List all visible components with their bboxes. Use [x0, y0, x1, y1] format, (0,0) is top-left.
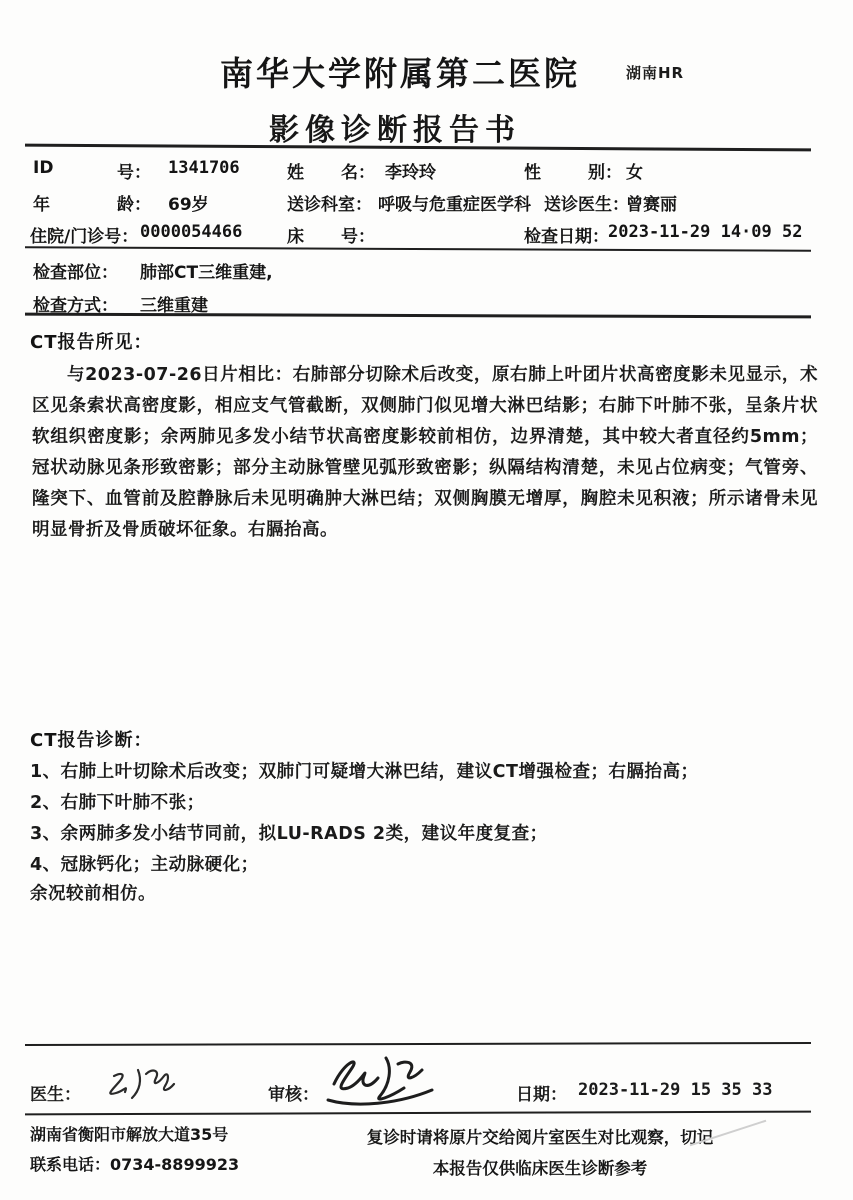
- bed-label-2: 号：: [341, 222, 375, 247]
- id-label-1: ID: [33, 158, 53, 178]
- notice-line-2: 本报告仅供临床医生诊断参考: [330, 1153, 750, 1184]
- footer-notice: 复诊时请将原片交给阅片室医生对比观察，切记 本报告仅供临床医生诊断参考: [330, 1122, 750, 1184]
- age-label-2: 龄：: [117, 190, 151, 215]
- gender-label-1: 性: [524, 158, 541, 183]
- exam-part-label: 检查部位：: [33, 258, 118, 283]
- hospital-phone: 联系电话：0734-8899923: [30, 1152, 239, 1175]
- diagnosis-item: 3、余两肺多发小结节同前，拟LU-RADS 2类，建议年度复查；: [30, 820, 820, 845]
- exam-part-value: 肺部CT三维重建,: [140, 258, 273, 283]
- diagnosis-item: 2、右肺下叶肺不张；: [30, 789, 820, 814]
- ref-doctor-label: 送诊医生：: [544, 190, 629, 215]
- review-label: 审核：: [268, 1080, 319, 1105]
- dept-label: 送诊科室：: [287, 190, 372, 215]
- gender-value: 女: [626, 158, 643, 183]
- diagnosis-item: 1、右肺上叶切除术后改变；双肺门可疑增大淋巴结，建议CT增强检查；右膈抬高；: [30, 758, 820, 783]
- id-value: 1341706: [168, 158, 240, 178]
- report-page: 南华大学附属第二医院 湖南HR 影像诊断报告书 ID 号： 1341706 姓 …: [0, 0, 853, 1200]
- admission-no-label: 住院/门诊号：: [30, 222, 138, 247]
- gender-label-2: 别：: [588, 158, 622, 183]
- admission-no-value: 0000054466: [140, 222, 242, 242]
- bed-label-1: 床: [287, 222, 304, 247]
- date-value: 2023-11-29 15 35 33: [578, 1080, 772, 1100]
- diagnosis-heading: CT报告诊断：: [30, 726, 153, 752]
- report-title: 影像诊断报告书: [0, 105, 790, 149]
- notice-line-1: 复诊时请将原片交给阅片室医生对比观察，切记: [330, 1122, 750, 1153]
- name-value: 李玲玲: [385, 158, 436, 183]
- exam-date-label: 检查日期：: [524, 222, 609, 247]
- findings-paragraph: 与2023-07-26日片相比：右肺部分切除术后改变，原右肺上叶团片状高密度影未…: [32, 360, 818, 546]
- age-label-1: 年: [33, 190, 50, 215]
- patient-info-row-2: 年 龄： 69岁 送诊科室： 呼吸与危重症医学科 送诊医生： 曾赛丽: [0, 190, 853, 214]
- date-label: 日期：: [516, 1080, 567, 1105]
- name-label-1: 姓: [287, 158, 304, 183]
- diagnosis-item: 4、冠脉钙化；主动脉硬化；: [30, 851, 820, 876]
- exam-date-value: 2023-11-29 14·09 52: [608, 222, 802, 242]
- divider-signature-top: [25, 1042, 811, 1046]
- diagnosis-item: 余况较前相仿。: [30, 880, 820, 905]
- name-label-2: 名：: [341, 158, 375, 183]
- reviewer-signature: [320, 1050, 450, 1115]
- hospital-address: 湖南省衡阳市解放大道35号: [30, 1122, 228, 1145]
- doctor-signature: [92, 1062, 202, 1112]
- divider-info: [25, 246, 811, 251]
- patient-info-row-1: ID 号： 1341706 姓 名： 李玲玲 性 别： 女: [0, 158, 853, 182]
- doctor-label: 医生：: [30, 1080, 81, 1105]
- region-stamp-text: 湖南HR: [626, 62, 684, 83]
- exam-part-row: 检查部位： 肺部CT三维重建,: [0, 258, 853, 282]
- age-value: 69岁: [168, 190, 209, 215]
- dept-value: 呼吸与危重症医学科: [378, 190, 531, 215]
- ref-doctor-value: 曾赛丽: [626, 190, 677, 215]
- id-label-2: 号：: [117, 158, 151, 183]
- findings-heading: CT报告所见：: [30, 328, 153, 354]
- patient-info-row-3: 住院/门诊号： 0000054466 床 号： 检查日期： 2023-11-29…: [0, 222, 853, 246]
- exam-method-row: 检查方式： 三维重建: [0, 291, 853, 315]
